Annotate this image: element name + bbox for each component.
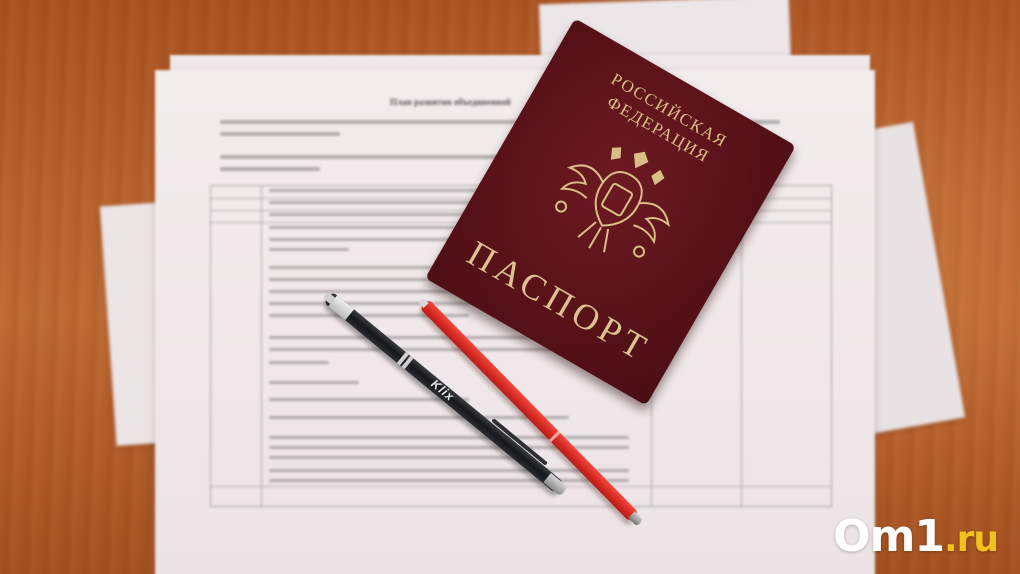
text-line: [220, 167, 320, 171]
document-title: План развития объединенной: [390, 97, 511, 107]
logo-tld: .ru: [944, 519, 998, 560]
text-line: [220, 132, 340, 136]
logo-brand: Om1: [833, 511, 944, 562]
photo-scene: План развития объединенной: [0, 0, 1020, 574]
om1-watermark-logo: Om1.ru: [833, 511, 998, 562]
